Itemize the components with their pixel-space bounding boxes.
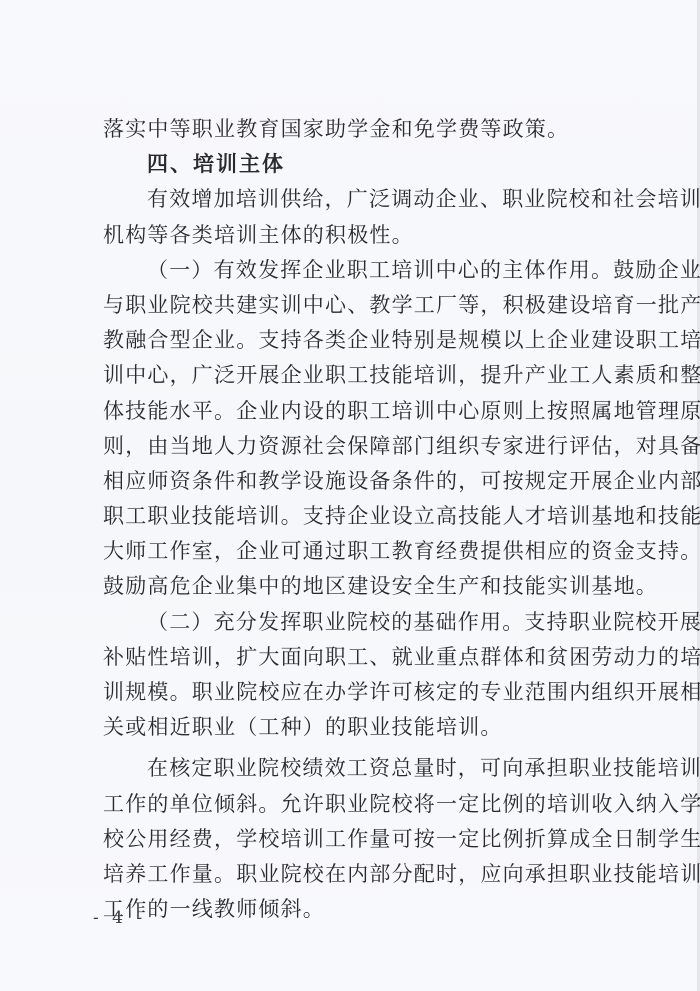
text-line: （二）充分发挥职业院校的基础作用。支持职业院校开展 [103, 605, 603, 640]
text-line: 教融合型企业。支持各类企业特别是规模以上企业建设职工培 [103, 323, 603, 358]
text-line: 工作的一线教师倾斜。 [103, 892, 603, 927]
text-line: 职工职业技能培训。支持企业设立高技能人才培训基地和技能 [103, 499, 603, 534]
text-line: 相应师资条件和教学设施设备条件的，可按规定开展企业内部 [103, 464, 603, 499]
text-line: 大师工作室，企业可通过职工教育经费提供相应的资金支持。 [103, 534, 603, 569]
paragraph-performance-pay: 在核定职业院校绩效工资总量时，可向承担职业技能培训 工作的单位倾斜。允许职业院校… [103, 751, 603, 927]
text-line: 在核定职业院校绩效工资总量时，可向承担职业技能培训 [103, 751, 603, 786]
paragraph-intro: 有效增加培训供给，广泛调动企业、职业院校和社会培训 机构等各类培训主体的积极性。 [103, 182, 603, 252]
page-number: - 4 - [93, 908, 146, 928]
text-line: （一）有效发挥企业职工培训中心的主体作用。鼓励企业 [103, 253, 603, 288]
text-line: 有效增加培训供给，广泛调动企业、职业院校和社会培训 [103, 182, 603, 217]
paragraph-enterprise-training-centers: （一）有效发挥企业职工培训中心的主体作用。鼓励企业 与职业院校共建实训中心、教学… [103, 253, 603, 605]
text-line: 训规模。职业院校应在办学许可核定的专业范围内组织开展相 [103, 675, 603, 710]
document-body: 落实中等职业教育国家助学金和免学费等政策。 四、培训主体 有效增加培训供给，广泛… [103, 112, 603, 927]
paragraph-vocational-colleges: （二）充分发挥职业院校的基础作用。支持职业院校开展 补贴性培训，扩大面向职工、就… [103, 605, 603, 746]
text-line: 机构等各类培训主体的积极性。 [103, 218, 603, 253]
text-line: 则，由当地人力资源社会保障部门组织专家进行评估，对具备 [103, 429, 603, 464]
paragraph-continuation: 落实中等职业教育国家助学金和免学费等政策。 [103, 112, 603, 147]
text-line: 补贴性培训，扩大面向职工、就业重点群体和贫困劳动力的培 [103, 640, 603, 675]
text-line: 体技能水平。企业内设的职工培训中心原则上按照属地管理原 [103, 394, 603, 429]
text-line: 关或相近职业（工种）的职业技能培训。 [103, 710, 603, 745]
text-line: 与职业院校共建实训中心、教学工厂等，积极建设培育一批产 [103, 288, 603, 323]
document-page: 落实中等职业教育国家助学金和免学费等政策。 四、培训主体 有效增加培训供给，广泛… [0, 0, 700, 991]
section-heading-training-subjects: 四、培训主体 [103, 147, 603, 182]
text-line: 鼓励高危企业集中的地区建设安全生产和技能实训基地。 [103, 569, 603, 604]
text-line: 培养工作量。职业院校在内部分配时，应向承担职业技能培训 [103, 857, 603, 892]
text-line: 工作的单位倾斜。允许职业院校将一定比例的培训收入纳入学 [103, 787, 603, 822]
text-line: 训中心，广泛开展企业职工技能培训，提升产业工人素质和整 [103, 358, 603, 393]
text-line: 校公用经费，学校培训工作量可按一定比例折算成全日制学生 [103, 822, 603, 857]
